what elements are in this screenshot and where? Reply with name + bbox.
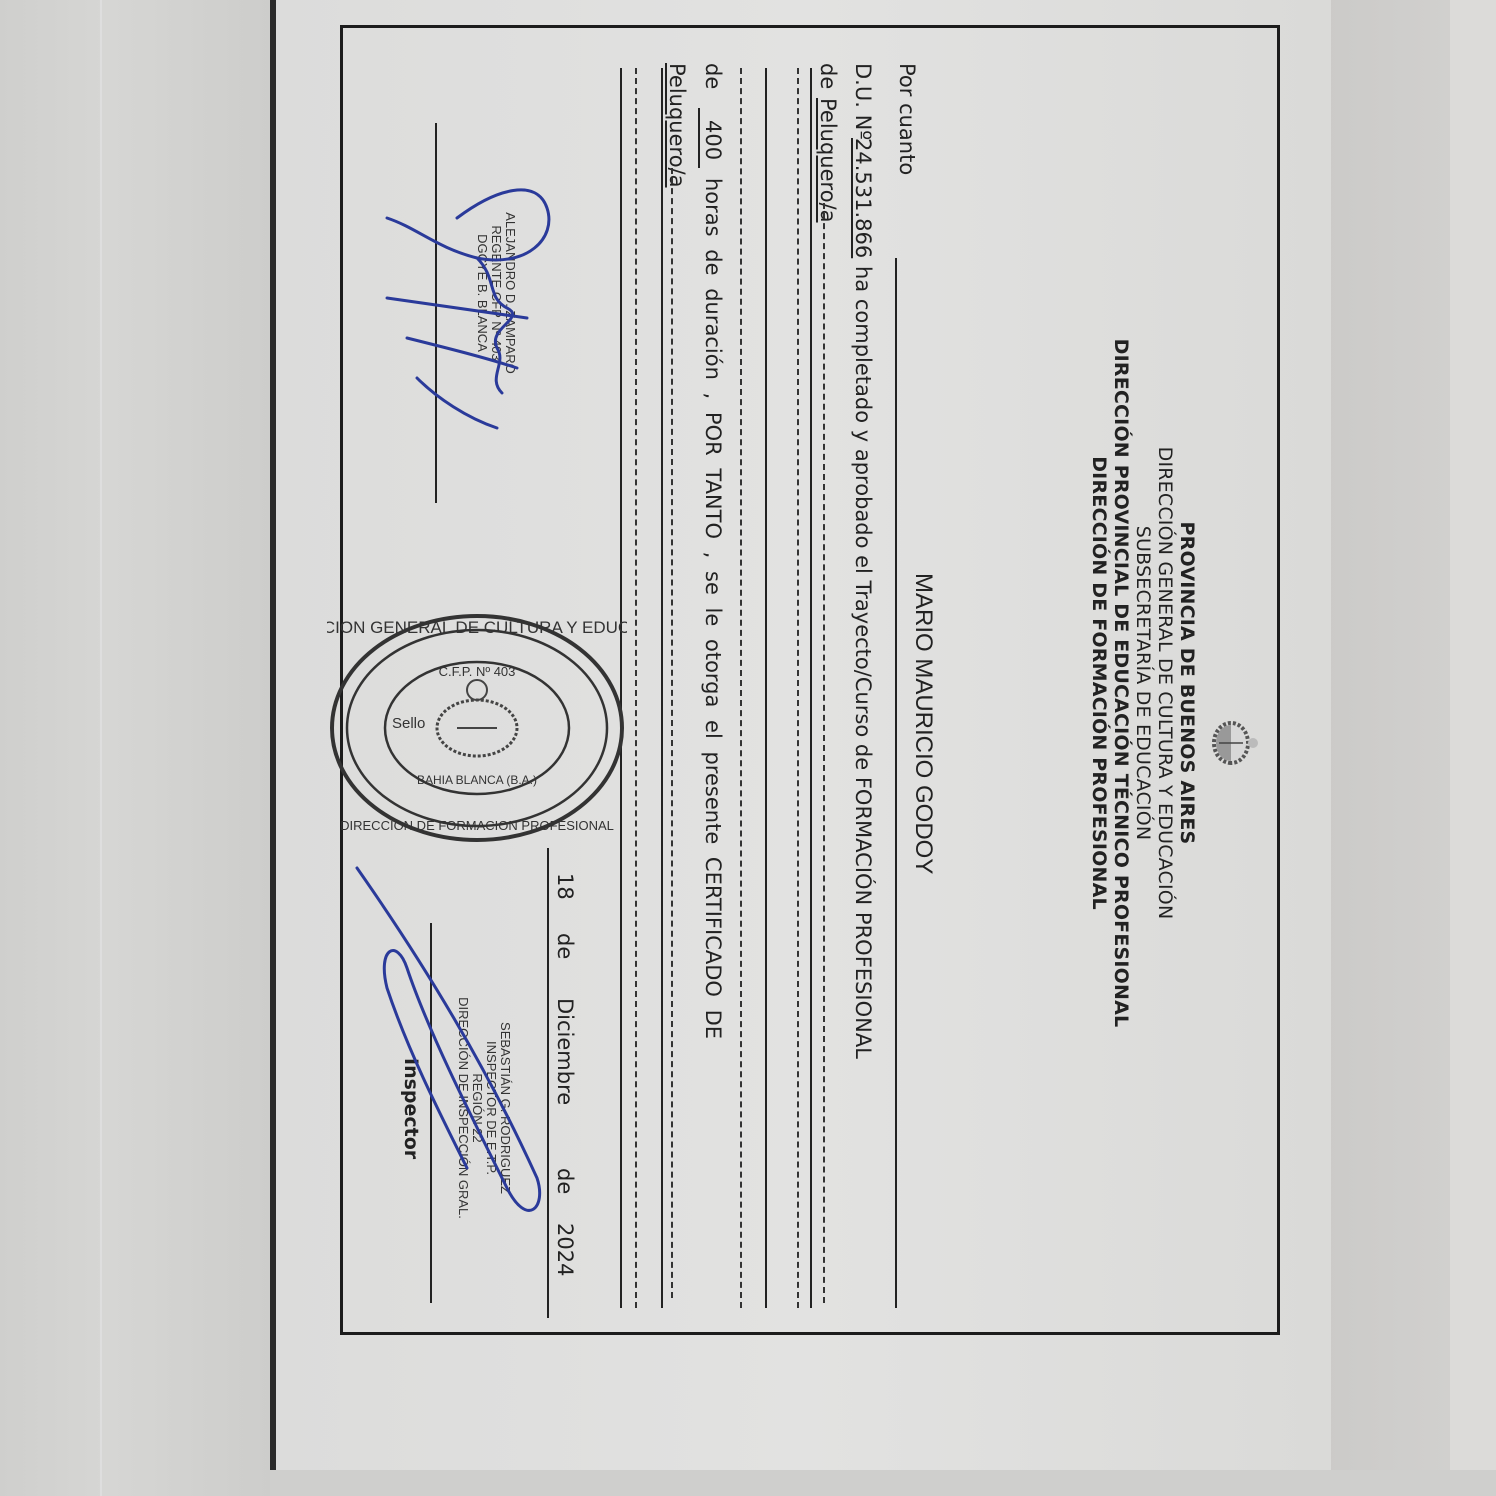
- hours-text: horas de duración , POR TANTO , se le ot…: [701, 178, 725, 1039]
- right-signer-title: Inspector: [400, 1058, 422, 1159]
- certificate-of: Peluquero/a: [665, 63, 689, 188]
- hours-value: 400: [701, 120, 725, 160]
- course-name: Peluquero/a: [816, 98, 840, 223]
- right-signer-region: REGIÓN 22: [470, 968, 484, 1248]
- certificate-underline: [661, 68, 663, 1308]
- blank-line-1: [765, 68, 767, 1308]
- course-de-label: de: [816, 63, 840, 89]
- blank-dashes-2: [635, 68, 637, 1308]
- stamp-city: BAHIA BLANCA (B.A.): [417, 773, 537, 787]
- date-year: 2024: [553, 1223, 577, 1276]
- left-handwritten-signature: [357, 148, 587, 488]
- right-signer-org: DIRECCIÓN DE INSPECCIÓN GRAL.: [456, 968, 470, 1248]
- du-number: 24.531.866: [851, 138, 875, 258]
- stamp-outer-text-2: DIRECCION DE FORMACION PROFESIONAL: [340, 818, 614, 833]
- date-de-2: de: [553, 1168, 577, 1194]
- hours-underline: [698, 108, 700, 168]
- background-surface-left: [0, 0, 270, 1496]
- right-signer-name: SEBASTIÁN G. RODRIGUEZ: [498, 968, 512, 1248]
- stamp-outer-text: DIRECCION GENERAL DE CULTURA Y EDUCACION: [327, 618, 627, 637]
- left-signer-org: DGCYE B. BLANCA: [475, 168, 489, 418]
- holder-name-line: [895, 258, 897, 1308]
- header-subsecretaria: SUBSECRETARÍA DE EDUCACIÓN: [1132, 28, 1153, 1338]
- du-label: D.U. Nº: [851, 63, 875, 140]
- right-handwritten-signature: [327, 848, 577, 1268]
- blank-dashes-1: [740, 68, 742, 1308]
- date-de-1: de: [553, 933, 577, 959]
- course-dashes: [823, 203, 825, 1303]
- stamp-inner-text: C.F.P. Nº 403: [439, 664, 516, 679]
- header-direction-provincial: DIRECCIÓN PROVINCIAL DE EDUCACIÓN TÉCNIC…: [1110, 28, 1131, 1338]
- holder-name: MARIO MAURICIO GODOY: [909, 573, 937, 874]
- date-day: 18: [553, 873, 577, 900]
- background-surface-bottom: [270, 1470, 1496, 1496]
- por-cuanto-label: Por cuanto: [895, 63, 919, 175]
- official-stamp: DIRECCION GENERAL DE CULTURA Y EDUCACION…: [327, 603, 627, 853]
- right-signer-role: INSPECTOR DE E.T.P.: [484, 968, 498, 1248]
- stamp-label: Sello: [392, 715, 425, 732]
- header-direction-general: DIRECCIÓN GENERAL DE CULTURA Y EDUCACIÓN: [1154, 28, 1175, 1338]
- date-line: [547, 848, 549, 1318]
- certificate-frame: PROVINCIA DE BUENOS AIRES DIRECCIÓN GENE…: [340, 25, 1280, 1335]
- left-signer-role: REGENTE CFP Nº 403: [489, 168, 503, 418]
- argentina-coat-of-arms-icon: [1207, 711, 1263, 775]
- course-underline: [810, 68, 812, 1308]
- date-month: Diciembre: [553, 998, 577, 1105]
- header-direction-formacion: DIRECCIÓN DE FORMACIÓN PROFESIONAL: [1088, 28, 1109, 1338]
- header-province: PROVINCIA DE BUENOS AIRES: [1176, 28, 1197, 1338]
- right-signature-line: [430, 923, 432, 1303]
- hours-prefix: de: [701, 63, 725, 89]
- completed-text: ha completado y aprobado el Trayecto/Cur…: [851, 266, 875, 1059]
- background-paper-edge: [100, 0, 102, 1496]
- background-surface-far-right: [1450, 0, 1496, 1496]
- course-dashes-2: [797, 68, 799, 1308]
- certificate-dashes: [671, 168, 673, 1298]
- left-signature-line: [435, 123, 437, 503]
- left-signer-name: ALEJANDRO D. ZAMPARO: [503, 168, 517, 418]
